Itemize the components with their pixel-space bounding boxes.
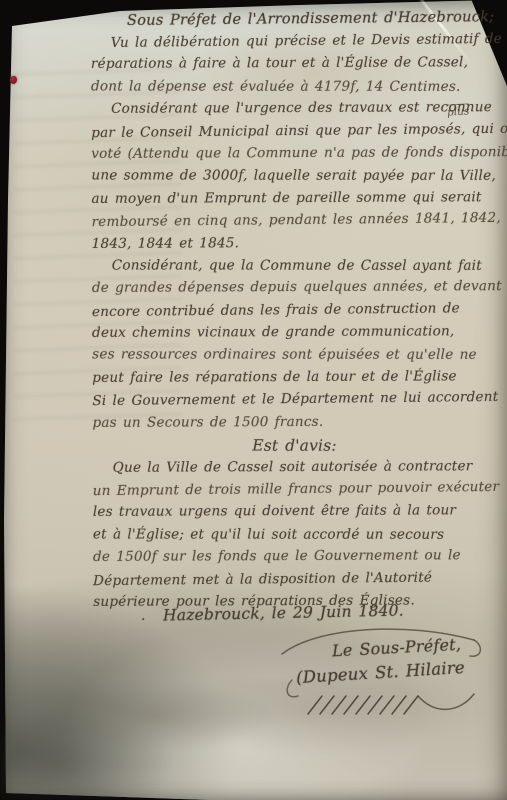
manuscript-line: un Emprunt de trois mille francs pour po… <box>93 479 497 506</box>
manuscript-line: Considérant que l'urgence des travaux es… <box>91 99 495 123</box>
manuscript-line: ses ressources ordinaires sont épuisées … <box>92 347 496 370</box>
manuscript-line: voté (Attendu que la Commune n'a pas de … <box>91 144 495 168</box>
manuscript-line: réparations à faire à la tour et à l'Égl… <box>91 55 495 79</box>
manuscript-line: une somme de 3000f, laquelle serait payé… <box>91 168 495 191</box>
manuscript-line: par le Conseil Municipal ainsi que par l… <box>91 120 495 147</box>
manuscript-photo: { "photo": { "backdrop_color": "#0b0a08"… <box>0 0 507 800</box>
manuscript-line: Si le Gouvernement et le Département ne … <box>92 389 496 416</box>
manuscript-line: dont la dépense est évaluée à 4179f, 14 … <box>91 78 495 101</box>
manuscript-line: Que la Ville de Cassel soit autorisée à … <box>93 458 497 482</box>
avis-heading: Est d'avis: <box>93 436 497 459</box>
manuscript-line: Département met à la disposition de l'Au… <box>93 568 497 595</box>
manuscript-line: Vu la délibération qui précise et le Dev… <box>91 31 495 58</box>
manuscript-line: deux chemins vicinaux de grande communic… <box>92 323 496 347</box>
manuscript-line: pas un Secours de 1500 francs. <box>92 413 496 437</box>
manuscript-line: les travaux urgens qui doivent être fait… <box>93 503 497 527</box>
manuscript-line: encore contribué dans les frais de const… <box>92 300 496 327</box>
manuscript-line: au moyen d'un Emprunt de pareille somme … <box>91 189 495 213</box>
manuscript-line: 1843, 1844 et 1845. <box>92 234 496 258</box>
manuscript-line: de grandes dépenses depuis quelques anné… <box>92 278 496 302</box>
manuscript-line: peut faire les réparations de la tour et… <box>92 368 496 392</box>
ink-dot: . <box>141 608 146 624</box>
manuscript-line: remboursé en cinq ans, pendant les année… <box>91 210 495 237</box>
manuscript-line: Considérant, que la Commune de Cassel ay… <box>92 257 496 280</box>
interlinear-insertion: plus <box>447 103 470 119</box>
manuscript-line: et à l'Église; et qu'il lui soit accordé… <box>93 526 497 549</box>
manuscript-line: de 1500f sur les fonds que le Gouverneme… <box>93 547 497 571</box>
manuscript-body: Vu la délibération qui précise et le Dev… <box>91 32 498 616</box>
